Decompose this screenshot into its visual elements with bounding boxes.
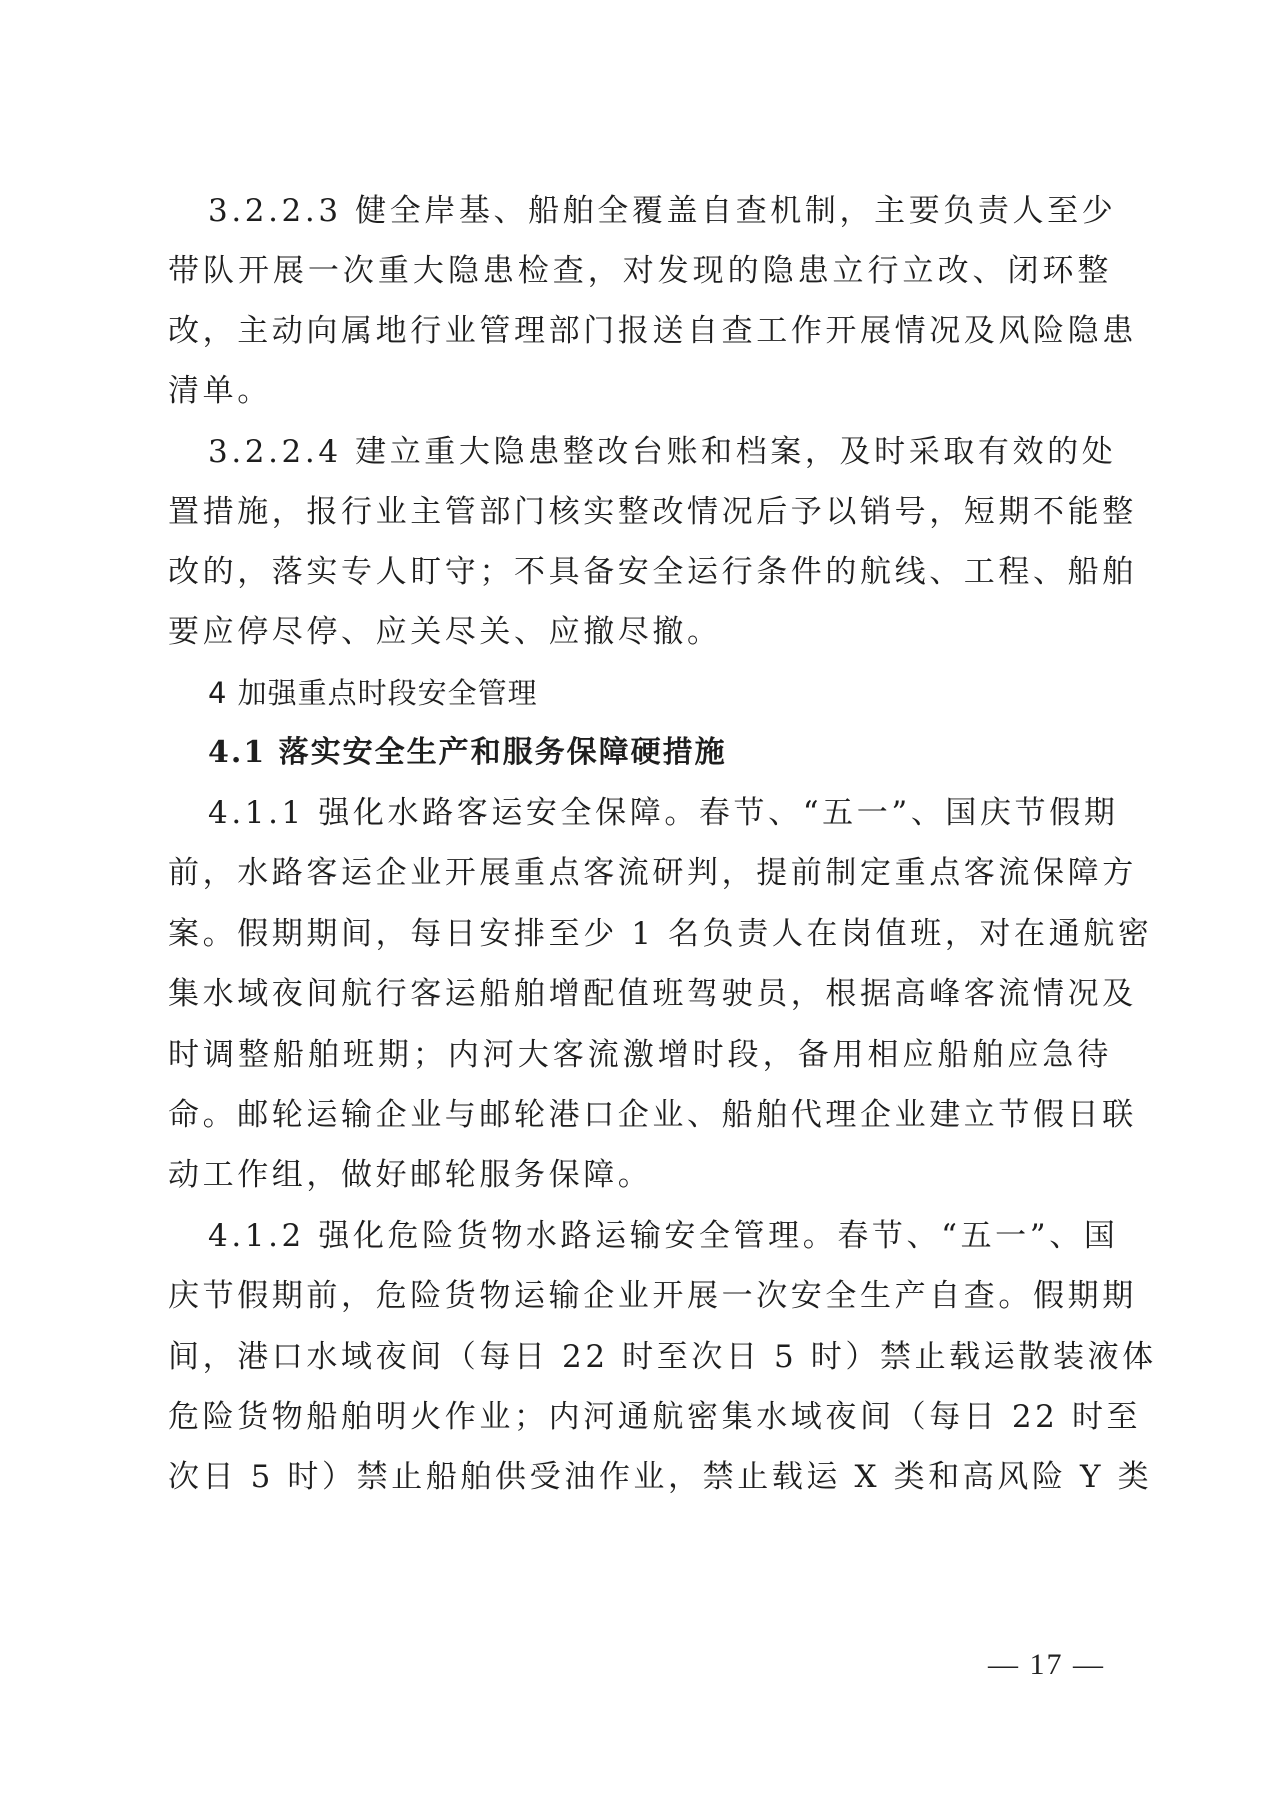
paragraph-4-1-2-line-2: 庆节假期前，危险货物运输企业开展一次安全生产自查。假期期	[168, 1266, 1112, 1326]
paragraph-4-1-1-line-5: 时调整船舶班期；内河大客流激增时段，备用相应船舶应急待	[168, 1025, 1112, 1085]
section-heading-4-1: 4.1 落实安全生产和服务保障硬措施	[208, 723, 727, 783]
paragraph-4-1-1-line-3: 案。假期期间，每日安排至少 1 名负责人在岗值班，对在通航密	[168, 904, 1112, 964]
paragraph-4-1-1-line-7: 动工作组，做好邮轮服务保障。	[168, 1145, 652, 1205]
paragraph-3-2-2-4-line-4: 要应停尽停、应关尽关、应撤尽撤。	[168, 602, 722, 662]
paragraph-4-1-2-line-3: 间，港口水域夜间（每日 22 时至次日 5 时）禁止载运散装液体	[168, 1327, 1112, 1387]
paragraph-3-2-2-4-line-1: 3.2.2.4 建立重大隐患整改台账和档案，及时采取有效的处	[208, 422, 1112, 482]
document-page: 3.2.2.3 健全岸基、船舶全覆盖自查机制，主要负责人至少 带队开展一次重大隐…	[0, 0, 1280, 1810]
paragraph-4-1-1-line-4: 集水域夜间航行客运船舶增配值班驾驶员，根据高峰客流情况及	[168, 964, 1112, 1024]
paragraph-4-1-2-line-1: 4.1.2 强化危险货物水路运输安全管理。春节、“五一”、国	[208, 1206, 1112, 1266]
paragraph-3-2-2-4-line-3: 改的，落实专人盯守；不具备安全运行条件的航线、工程、船舶	[168, 542, 1112, 602]
paragraph-4-1-1-line-6: 命。邮轮运输企业与邮轮港口企业、船舶代理企业建立节假日联	[168, 1085, 1112, 1145]
paragraph-4-1-1-line-1: 4.1.1 强化水路客运安全保障。春节、“五一”、国庆节假期	[208, 783, 1112, 843]
paragraph-3-2-2-3-line-3: 改，主动向属地行业管理部门报送自查工作开展情况及风险隐患	[168, 301, 1112, 361]
paragraph-4-1-2-line-4: 危险货物船舶明火作业；内河通航密集水域夜间（每日 22 时至	[168, 1387, 1112, 1447]
section-heading-4: 4 加强重点时段安全管理	[208, 663, 538, 723]
paragraph-4-1-1-line-2: 前，水路客运企业开展重点客流研判，提前制定重点客流保障方	[168, 843, 1112, 903]
paragraph-3-2-2-3-line-4: 清单。	[168, 361, 272, 421]
paragraph-3-2-2-4-line-2: 置措施，报行业主管部门核实整改情况后予以销号，短期不能整	[168, 482, 1112, 542]
paragraph-3-2-2-3-line-2: 带队开展一次重大隐患检查，对发现的隐患立行立改、闭环整	[168, 241, 1112, 301]
paragraph-3-2-2-3-line-1: 3.2.2.3 健全岸基、船舶全覆盖自查机制，主要负责人至少	[208, 181, 1112, 241]
paragraph-4-1-2-line-5: 次日 5 时）禁止船舶供受油作业，禁止载运 X 类和高风险 Y 类	[168, 1447, 1112, 1507]
page-number: — 17 —	[988, 1648, 1105, 1682]
